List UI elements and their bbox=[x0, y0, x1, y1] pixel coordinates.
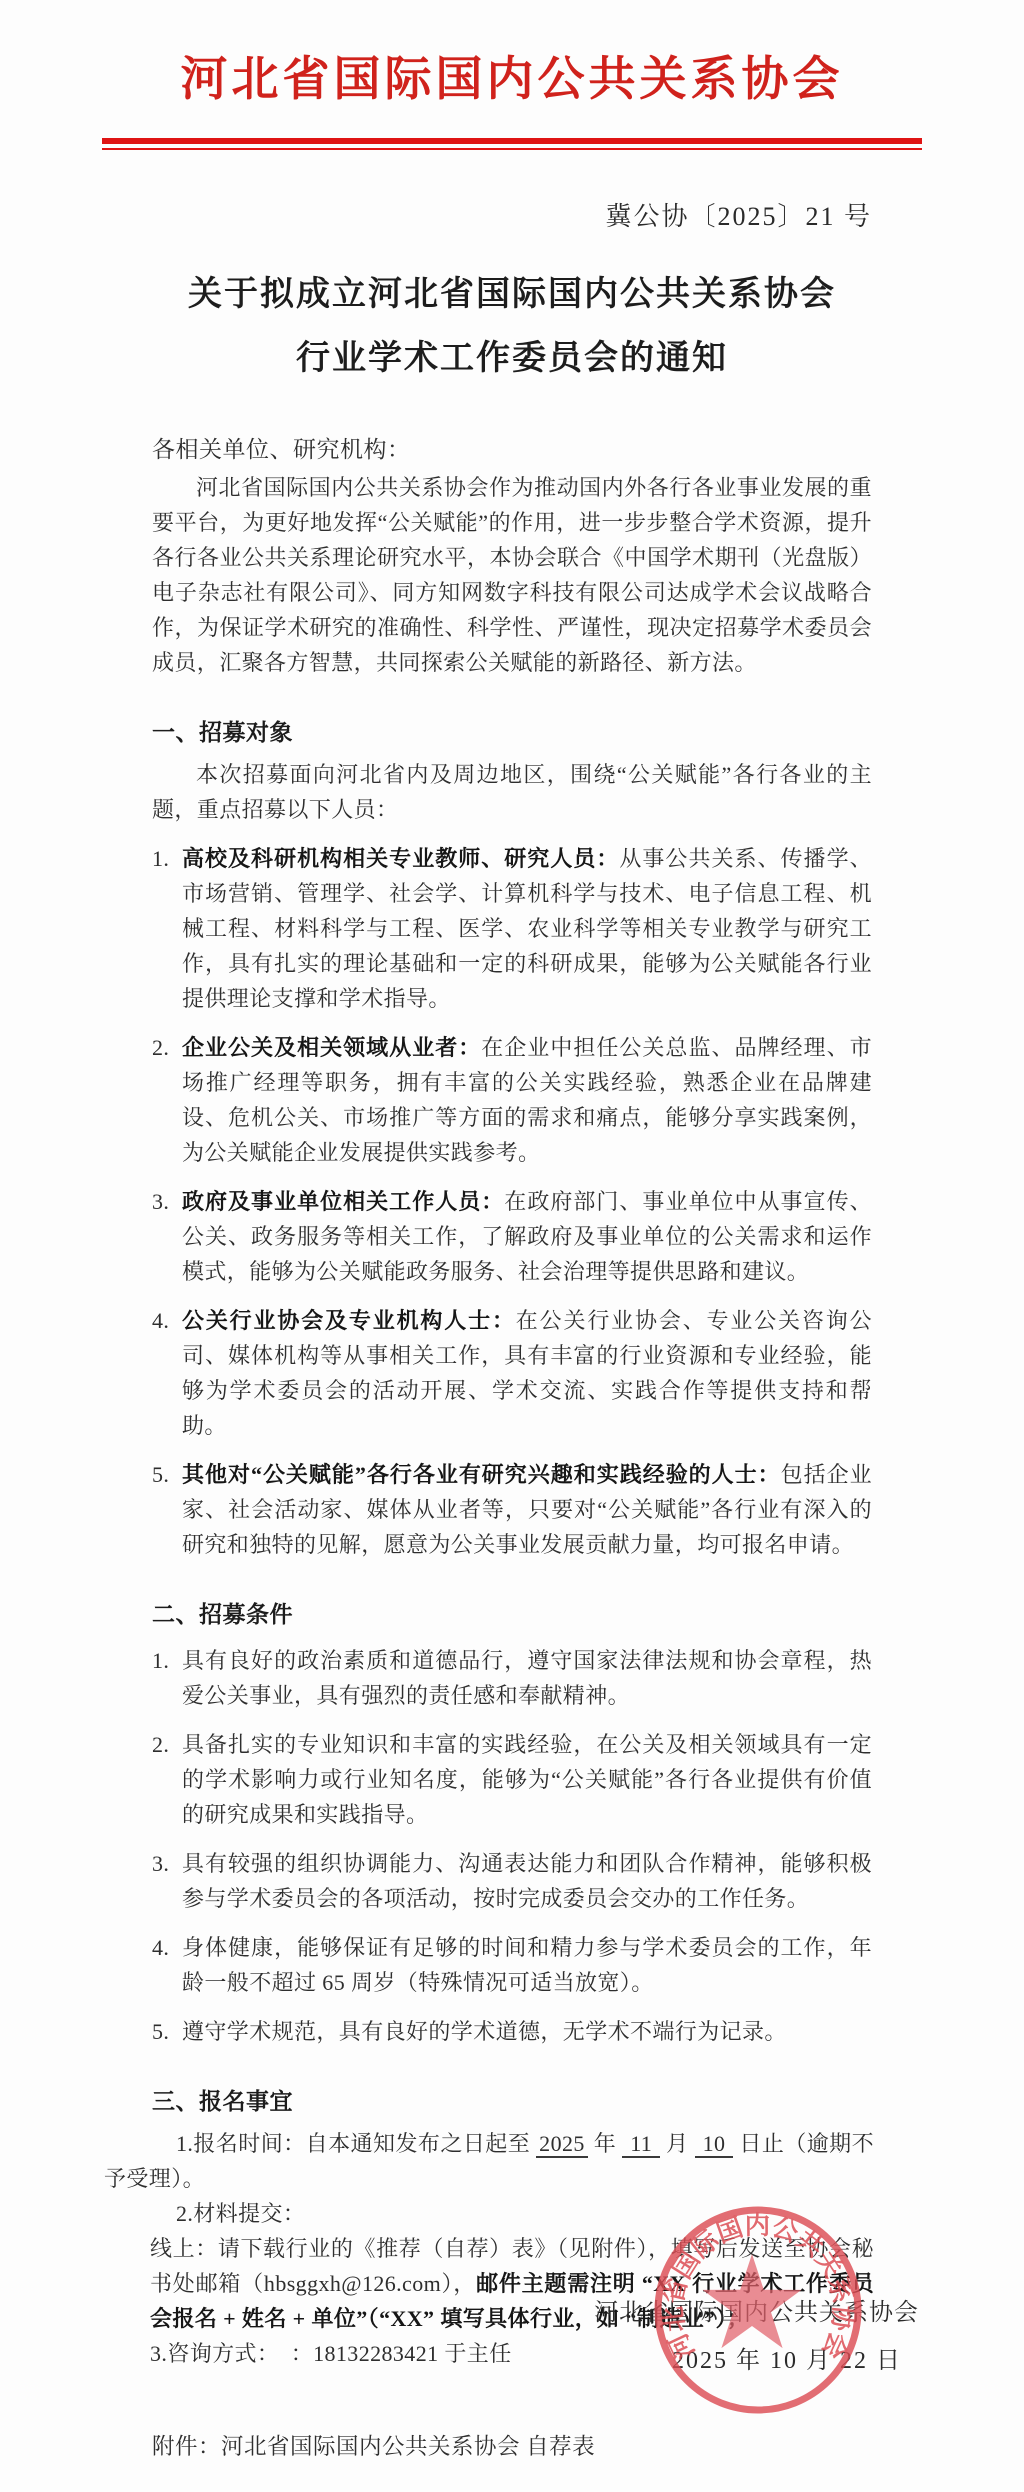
item-text: 具有良好的政治素质和道德品行，遵守国家法律法规和协会章程，热爱公关事业，具有强烈… bbox=[182, 1648, 872, 1708]
month-label: 月 bbox=[666, 2131, 688, 2156]
item-lead: 其他对“公关赋能”各行各业有研究兴趣和实践经验的人士： bbox=[182, 1462, 781, 1487]
item-lead: 高校及科研机构相关专业教师、研究人员： bbox=[182, 846, 619, 871]
item-number: 2. bbox=[152, 1727, 169, 1762]
list-item: 4.公关行业协会及专业机构人士：在公关行业协会、专业公关咨询公司、媒体机构等从事… bbox=[152, 1303, 872, 1443]
item-number: 5. bbox=[152, 2014, 169, 2049]
letterhead-divider bbox=[102, 138, 922, 150]
list-item: 2.具备扎实的专业知识和丰富的实践经验，在公关及相关领域具有一定的学术影响力或行… bbox=[152, 1727, 872, 1832]
item-lead: 公关行业协会及专业机构人士： bbox=[182, 1308, 516, 1333]
notice-title: 关于拟成立河北省国际国内公共关系协会 行业学术工作委员会的通知 bbox=[0, 263, 1024, 391]
section1-lead: 本次招募面向河北省内及周边地区，围绕“公关赋能”各行各业的主题，重点招募以下人员… bbox=[152, 757, 872, 827]
list-item: 5.遵守学术规范，具有良好的学术道德，无学术不端行为记录。 bbox=[152, 2014, 872, 2049]
blank-day: 10 bbox=[695, 2131, 734, 2158]
salutation: 各相关单位、研究机构： bbox=[152, 431, 872, 464]
item-text: 具有较强的组织协调能力、沟通表达能力和团队合作精神，能够积极参与学术委员会的各项… bbox=[182, 1851, 872, 1911]
notice-document-page: 河北省国际国内公共关系协会 冀公协〔2025〕21 号 关于拟成立河北省国际国内… bbox=[0, 0, 1024, 2492]
item-lead: 政府及事业单位相关工作人员： bbox=[182, 1189, 504, 1214]
blank-month: 11 bbox=[622, 2131, 660, 2158]
attachment-line: 附件：河北省国际国内公共关系协会 自荐表 bbox=[152, 2429, 872, 2461]
official-seal: 河北省国际国内公共关系协会 bbox=[648, 2200, 868, 2420]
item-lead: 企业公关及相关领域从业者： bbox=[182, 1035, 481, 1060]
list-item: 1.具有良好的政治素质和道德品行，遵守国家法律法规和协会章程，热爱公关事业，具有… bbox=[152, 1643, 872, 1713]
item-number: 5. bbox=[152, 1457, 169, 1492]
document-number: 冀公协〔2025〕21 号 bbox=[0, 196, 872, 233]
item-text: 遵守学术规范，具有良好的学术道德，无学术不端行为记录。 bbox=[182, 2019, 787, 2044]
item-text: 具备扎实的专业知识和丰富的实践经验，在公关及相关领域具有一定的学术影响力或行业知… bbox=[182, 1732, 872, 1827]
list-item: 5.其他对“公关赋能”各行各业有研究兴趣和实践经验的人士：包括企业家、社会活动家… bbox=[152, 1457, 872, 1562]
list-item: 4.身体健康，能够保证有足够的时间和精力参与学术委员会的工作，年龄一般不超过 6… bbox=[152, 1930, 872, 2000]
item-text: 身体健康，能够保证有足够的时间和精力参与学术委员会的工作，年龄一般不超过 65 … bbox=[182, 1935, 872, 1995]
seal-star-icon bbox=[703, 2254, 802, 2348]
item-number: 2. bbox=[152, 1030, 169, 1065]
enroll-time-prefix: 1.报名时间：自本通知发布之日起至 bbox=[176, 2131, 530, 2156]
letterhead-org-name: 河北省国际国内公共关系协会 bbox=[0, 52, 1024, 108]
enroll-time-line: 1.报名时间：自本通知发布之日起至 2025 年 11 月 10 日止（逾期不予… bbox=[104, 2126, 874, 2196]
notice-title-line2: 行业学术工作委员会的通知 bbox=[0, 327, 1024, 391]
list-item: 3.政府及事业单位相关工作人员：在政府部门、事业单位中从事宣传、公关、政务服务等… bbox=[152, 1184, 872, 1289]
item-number: 4. bbox=[152, 1930, 169, 1965]
section1-heading: 一、招募对象 bbox=[152, 714, 872, 747]
list-item: 3.具有较强的组织协调能力、沟通表达能力和团队合作精神，能够积极参与学术委员会的… bbox=[152, 1846, 872, 1916]
item-number: 1. bbox=[152, 841, 169, 876]
divider-thick-line bbox=[102, 138, 922, 144]
year-label: 年 bbox=[594, 2131, 616, 2156]
list-item: 2.企业公关及相关领域从业者：在企业中担任公关总监、品牌经理、市场推广经理等职务… bbox=[152, 1030, 872, 1170]
item-number: 1. bbox=[152, 1643, 169, 1678]
intro-paragraph: 河北省国际国内公共关系协会作为推动国内外各行各业事业发展的重要平台，为更好地发挥… bbox=[152, 470, 872, 680]
list-item: 1.高校及科研机构相关专业教师、研究人员：从事公共关系、传播学、市场营销、管理学… bbox=[152, 841, 872, 1016]
item-number: 4. bbox=[152, 1303, 169, 1338]
document-flow: 河北省国际国内公共关系协会 冀公协〔2025〕21 号 关于拟成立河北省国际国内… bbox=[0, 0, 1024, 2492]
document-body: 各相关单位、研究机构： 河北省国际国内公共关系协会作为推动国内外各行各业事业发展… bbox=[152, 431, 872, 2116]
section3-heading: 三、报名事宜 bbox=[152, 2083, 872, 2116]
section2-heading: 二、招募条件 bbox=[152, 1596, 872, 1629]
notice-title-line1: 关于拟成立河北省国际国内公共关系协会 bbox=[0, 263, 1024, 327]
item-number: 3. bbox=[152, 1846, 169, 1881]
blank-year: 2025 bbox=[536, 2131, 588, 2158]
item-number: 3. bbox=[152, 1184, 169, 1219]
divider-thin-line bbox=[102, 148, 922, 150]
